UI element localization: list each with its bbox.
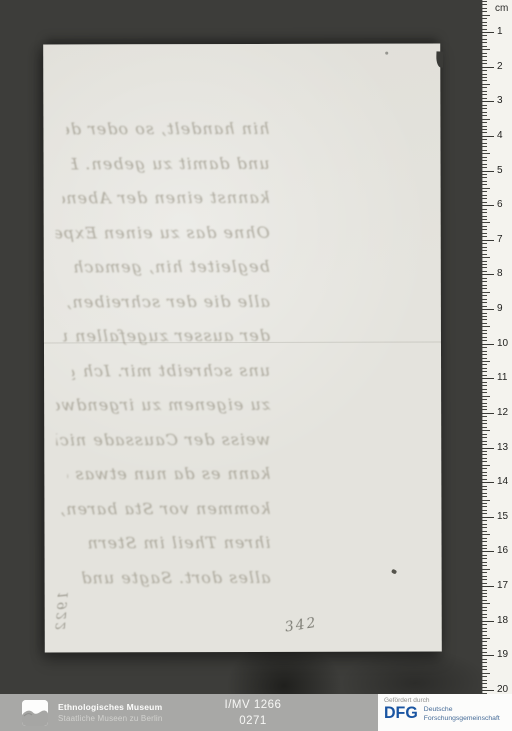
ruler-number: 3 [497, 95, 511, 106]
ruler-tick [482, 344, 494, 345]
ruler-tick [482, 60, 487, 61]
ruler-tick [482, 153, 490, 154]
ruler-number: 9 [497, 303, 511, 314]
ruler-tick [482, 687, 487, 688]
ruler-tick [482, 517, 494, 518]
ruler-tick [482, 174, 487, 175]
ruler-tick [482, 177, 487, 178]
ruler-number: 1 [497, 26, 511, 37]
ruler-tick [482, 361, 490, 362]
ruler-tick [482, 77, 487, 78]
ruler-tick [482, 434, 487, 435]
ruler-tick [482, 513, 487, 514]
ruler-tick [482, 316, 487, 317]
ruler-number: 11 [497, 372, 511, 383]
ruler-tick [482, 676, 487, 677]
ruler-tick [482, 441, 487, 442]
ruler-tick [482, 659, 487, 660]
ruler-number: 6 [497, 199, 511, 210]
ruler-tick [482, 8, 487, 9]
ruler-tick [482, 583, 487, 584]
ruler-tick [482, 545, 487, 546]
bleedthrough-line: weiss der Caussade nicht das [56, 422, 270, 457]
ruler-tick [482, 520, 487, 521]
scan-viewport: hin handelt, so oder dem ichund damit zu… [0, 0, 512, 731]
ruler-tick [482, 565, 487, 566]
ruler-tick [482, 74, 487, 75]
ruler-tick [482, 590, 487, 591]
ruler-tick [482, 406, 487, 407]
ruler-tick [482, 164, 487, 165]
ruler-tick [482, 666, 487, 667]
scan-page-number: 0271 [190, 713, 316, 729]
ruler-tick [482, 631, 487, 632]
dfg-name-line2: Forschungsgemeinschaft [424, 715, 500, 724]
bleedthrough-line: und damit zu geben. Badeanzug [71, 146, 269, 181]
ruler-tick [482, 295, 487, 296]
ruler-tick [482, 506, 487, 507]
inventory-label: I/MV 1266 0271 [190, 697, 316, 729]
ruler-tick [482, 347, 487, 348]
ruler-tick [482, 261, 487, 262]
ruler-tick [482, 500, 490, 501]
ruler-number: 18 [497, 615, 511, 626]
ruler-tick [482, 254, 487, 255]
bleedthrough-line: zu eigenem zu irgendwo einmal [56, 388, 270, 423]
ruler-tick [482, 569, 490, 570]
ruler-tick [482, 25, 487, 26]
ruler-tick [482, 191, 487, 192]
ruler-tick [482, 475, 487, 476]
ruler-tick [482, 181, 487, 182]
ruler-tick [482, 337, 487, 338]
ruler-tick [482, 371, 487, 372]
ruler-tick [482, 496, 487, 497]
ruler-tick [482, 42, 487, 43]
ruler-tick [482, 551, 494, 552]
ruler-tick [482, 229, 487, 230]
ruler-tick [482, 150, 487, 151]
ruler-tick [482, 354, 487, 355]
ruler-number: 7 [497, 234, 511, 245]
ruler-tick [482, 403, 487, 404]
ruler-tick [482, 465, 490, 466]
ruler-tick [482, 267, 487, 268]
ruler-tick [482, 139, 487, 140]
museum-name: Ethnologisches Museum [58, 702, 163, 712]
ruler-tick [482, 212, 487, 213]
ruler-tick [482, 122, 487, 123]
paper-speck-dark [391, 569, 397, 575]
ruler-number: 8 [497, 268, 511, 279]
museum-text: Ethnologisches Museum Staatliche Museen … [58, 702, 163, 723]
ruler-tick [482, 600, 487, 601]
ruler-tick [482, 143, 487, 144]
dfg-name-line1: Deutsche [424, 706, 500, 715]
ruler-tick [482, 288, 487, 289]
funding-branding: Gefördert durch DFG Deutsche Forschungsg… [378, 694, 512, 731]
ruler-tick [482, 683, 487, 684]
ruler-tick [482, 112, 487, 113]
ruler-tick [482, 271, 487, 272]
ruler-tick [482, 63, 487, 64]
ruler-number: 5 [497, 165, 511, 176]
ruler-tick [482, 171, 494, 172]
ruler-tick [482, 548, 487, 549]
ruler-tick [482, 541, 487, 542]
ruler-tick [482, 482, 494, 483]
ruler-tick [482, 596, 487, 597]
ruler-tick [482, 226, 487, 227]
ruler-tick [482, 39, 487, 40]
ruler-number: 2 [497, 61, 511, 72]
ruler-tick [482, 306, 487, 307]
ruler-tick [482, 309, 494, 310]
bleedthrough-text: hin handelt, so oder dem ichund damit zu… [55, 112, 270, 596]
ruler-tick [482, 454, 487, 455]
ruler-tick [482, 416, 487, 417]
ruler-tick [482, 18, 487, 19]
ruler-tick [482, 281, 487, 282]
pencil-side-annotation: 1922 [53, 579, 73, 644]
ruler-tick [482, 15, 490, 16]
pencil-page-annotation: 342 [284, 612, 336, 636]
ruler-tick [482, 427, 487, 428]
ruler-tick [482, 250, 487, 251]
bleedthrough-line: uns schreibt mir. Ich gefunden [72, 353, 270, 388]
ruler-tick [482, 479, 487, 480]
ruler-tick [482, 278, 487, 279]
ruler-tick [482, 385, 487, 386]
ruler-number: 4 [497, 130, 511, 141]
ruler-tick [482, 617, 487, 618]
ruler-tick [482, 257, 490, 258]
ruler-tick [482, 593, 487, 594]
ruler-tick [482, 635, 487, 636]
ruler-number: 16 [497, 545, 511, 556]
ruler-tick [482, 313, 487, 314]
ruler-tick [482, 146, 487, 147]
dfg-logo-row: DFG Deutsche Forschungsgemeinschaft [384, 705, 512, 723]
ruler-tick [482, 209, 487, 210]
ruler-tick [482, 662, 487, 663]
ruler-tick [482, 274, 494, 275]
ruler-tick [482, 101, 494, 102]
ruler-tick [482, 430, 490, 431]
ruler-tick [482, 330, 487, 331]
bleedthrough-line: Ohne das zu einen Expedition [56, 215, 270, 250]
ruler-tick [482, 389, 487, 390]
ruler-tick [482, 195, 487, 196]
ruler-tick [482, 222, 490, 223]
ruler-tick [482, 53, 487, 54]
ruler-tick [482, 115, 487, 116]
ruler-tick [482, 555, 487, 556]
ruler-tick [482, 628, 487, 629]
ruler-tick [482, 375, 487, 376]
ruler-tick [482, 572, 487, 573]
ruler-tick [482, 70, 487, 71]
ruler-tick [482, 292, 490, 293]
ruler-tick [482, 108, 487, 109]
ruler-tick [482, 607, 487, 608]
ruler-tick [482, 413, 494, 414]
ruler-tick [482, 531, 487, 532]
ruler-tick [482, 285, 487, 286]
ruler-tick [482, 167, 487, 168]
ruler-number: 13 [497, 442, 511, 453]
bleedthrough-line: kann es da nun etwas da [67, 457, 270, 492]
ruler-tick [482, 94, 487, 95]
ruler-tick [482, 648, 487, 649]
ruler-tick [482, 84, 490, 85]
ruler-tick [482, 624, 487, 625]
ruler-tick [482, 216, 487, 217]
ruler-number: 17 [497, 580, 511, 591]
ruler-tick [482, 458, 487, 459]
ruler-tick [482, 126, 487, 127]
ruler-tick [482, 364, 487, 365]
paper-edge-nick [436, 51, 444, 67]
ruler-tick [482, 562, 487, 563]
ruler-tick [482, 493, 487, 494]
ruler-tick [482, 420, 487, 421]
ruler-tick [482, 119, 490, 120]
inventory-id: I/MV 1266 [190, 697, 316, 713]
bleedthrough-line: hin handelt, so oder dem ich [66, 112, 269, 147]
ruler-tick [482, 184, 487, 185]
ruler-tick [482, 614, 487, 615]
ruler-tick [482, 638, 490, 639]
ruler-tick [482, 610, 487, 611]
bleedthrough-line: der ausser zugefallen uber [63, 319, 270, 354]
ruler-tick [482, 472, 487, 473]
ruler-tick [482, 323, 487, 324]
ruler-number: 15 [497, 511, 511, 522]
ruler-tick [482, 534, 490, 535]
ruler-tick [482, 527, 487, 528]
ruler-number: 12 [497, 407, 511, 418]
ruler-tick [482, 351, 487, 352]
bleedthrough-line: alle die der schreiben, und [67, 284, 270, 319]
ruler-tick [482, 67, 494, 68]
dfg-name: Deutsche Forschungsgemeinschaft [424, 706, 500, 723]
ruler-tick [482, 444, 487, 445]
ruler-tick [482, 236, 487, 237]
ruler-tick [482, 368, 487, 369]
ruler-tick [482, 35, 487, 36]
funding-prefix: Gefördert durch [384, 697, 512, 704]
ruler-tick [482, 326, 490, 327]
bleedthrough-line: ihren Theil im Stern [56, 526, 270, 561]
ruler-tick [482, 129, 487, 130]
ruler-tick [482, 603, 490, 604]
ruler-tick [482, 56, 487, 57]
ruler-tick [482, 233, 487, 234]
ruler-tick [482, 319, 487, 320]
ruler-tick [482, 87, 487, 88]
ruler-tick [482, 690, 494, 691]
ruler-tick [482, 451, 487, 452]
ruler-tick [482, 524, 487, 525]
ruler-tick [482, 136, 494, 137]
ruler-tick [482, 576, 487, 577]
ruler-tick [482, 247, 487, 248]
ruler-tick [482, 4, 487, 5]
ruler-tick [482, 409, 487, 410]
ruler-number: 10 [497, 338, 511, 349]
ruler-tick [482, 29, 487, 30]
museum-subtitle: Staatliche Museen zu Berlin [58, 714, 163, 723]
ruler-tick [482, 558, 487, 559]
ruler-tick [482, 105, 487, 106]
museum-logo-icon [22, 700, 48, 726]
ruler-tick [482, 132, 487, 133]
bleedthrough-line: kannst einen der Abends, das [63, 181, 270, 216]
bleedthrough-line: begleitet hin, gemacht sind und [72, 250, 270, 285]
paper-speck-faint [385, 52, 388, 55]
ruler-tick [482, 219, 487, 220]
museum-branding: Ethnologisches Museum Staatliche Museen … [0, 694, 378, 731]
ruler-tick [482, 22, 487, 23]
ruler-tick [482, 91, 487, 92]
ruler-tick [482, 299, 487, 300]
ruler-tick [482, 461, 487, 462]
ruler-tick [482, 49, 490, 50]
document-page: hin handelt, so oder dem ichund damit zu… [43, 43, 442, 652]
ruler-tick [482, 437, 487, 438]
ruler-tick [482, 340, 487, 341]
ruler-tick [482, 202, 487, 203]
ruler-tick [482, 1, 487, 2]
ruler-tick [482, 205, 494, 206]
ruler-tick [482, 586, 494, 587]
ruler-number: 19 [497, 649, 511, 660]
ruler-tick [482, 503, 487, 504]
ruler-tick [482, 243, 487, 244]
ruler-tick [482, 240, 494, 241]
bleedthrough-line: alles dort. Sagte und [73, 560, 271, 595]
ruler-tick [482, 673, 490, 674]
ruler-tick [482, 198, 487, 199]
ruler-tick [482, 652, 487, 653]
ruler-tick [482, 621, 494, 622]
ruler-tick [482, 641, 487, 642]
ruler-tick [482, 399, 487, 400]
ruler-tick [482, 264, 487, 265]
ruler-tick [482, 489, 487, 490]
footer-bar: Ethnologisches Museum Staatliche Museen … [0, 694, 512, 731]
ruler-tick [482, 98, 487, 99]
bleedthrough-line: kommen vor Sta baren, das [56, 491, 270, 526]
ruler-tick [482, 579, 487, 580]
ruler: cm 1234567891011121314151617181920 [482, 0, 512, 700]
ruler-tick [482, 157, 487, 158]
ruler-tick [482, 188, 490, 189]
ruler-tick [482, 302, 487, 303]
ruler-tick [482, 669, 487, 670]
ruler-tick [482, 378, 494, 379]
ruler-number: 14 [497, 476, 511, 487]
ruler-tick [482, 11, 487, 12]
ruler-tick [482, 392, 487, 393]
ruler-unit-label: cm [495, 3, 508, 14]
ruler-tick [482, 32, 494, 33]
ruler-tick [482, 358, 487, 359]
ruler-tick [482, 655, 494, 656]
ruler-tick [482, 333, 487, 334]
ruler-tick [482, 538, 487, 539]
ruler-tick [482, 160, 487, 161]
ruler-tick [482, 468, 487, 469]
ruler-tick [482, 680, 487, 681]
ruler-tick [482, 80, 487, 81]
ruler-tick [482, 382, 487, 383]
ruler-tick [482, 396, 490, 397]
dfg-logo: DFG [384, 705, 418, 722]
ruler-tick [482, 46, 487, 47]
ruler-tick [482, 510, 487, 511]
ruler-tick [482, 448, 494, 449]
ruler-tick [482, 486, 487, 487]
ruler-tick [482, 423, 487, 424]
ruler-tick [482, 645, 487, 646]
